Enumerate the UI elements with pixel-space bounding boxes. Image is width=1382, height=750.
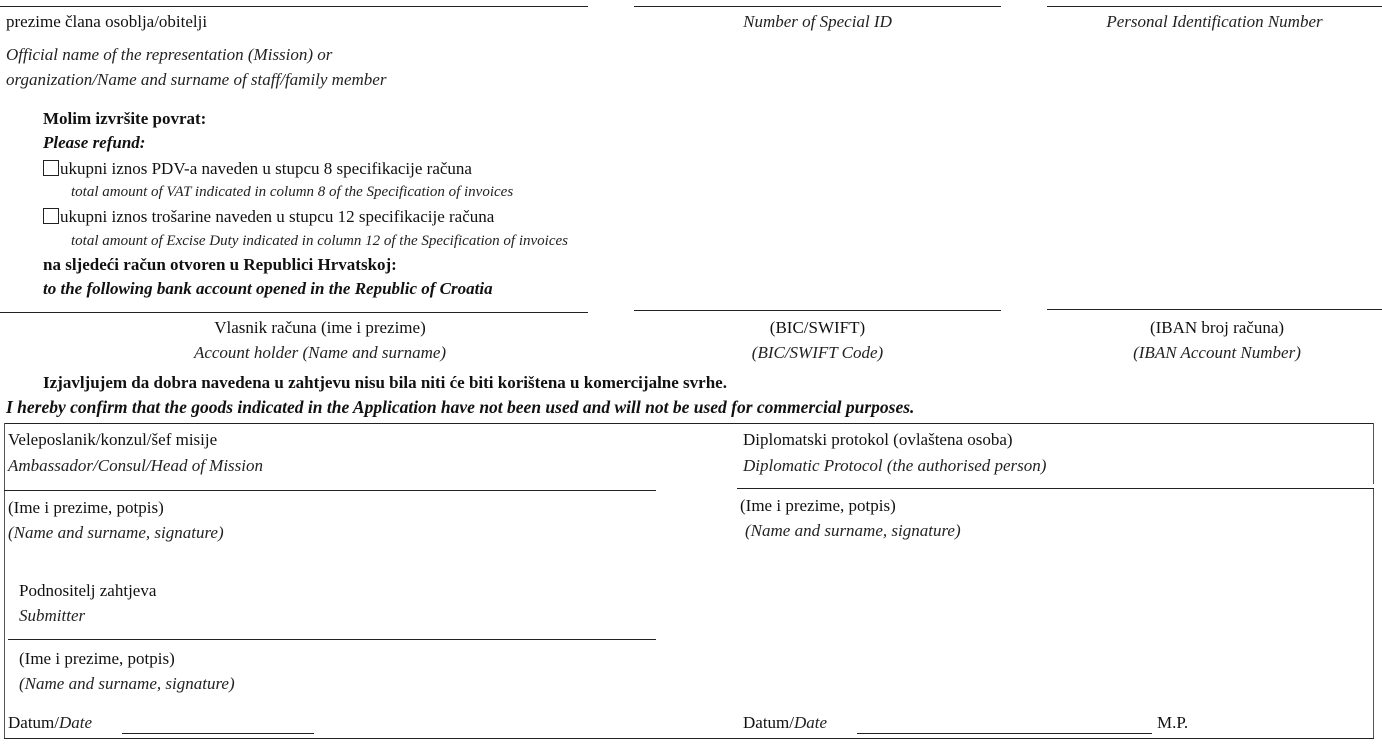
bic-input[interactable] (634, 290, 1001, 310)
right-date-label-en: Date (794, 713, 827, 732)
submitter-sig-label-hr: (Ime i prezime, potpis) (19, 649, 175, 669)
refund-title-en: Please refund: (43, 133, 145, 153)
special-id-label: Number of Special ID (634, 12, 1001, 32)
account-holder-label-en: Account holder (Name and surname) (0, 343, 640, 363)
bank-account-hr: na sljedeći račun otvoren u Republici Hr… (43, 255, 397, 275)
declaration-hr: Izjavljujem da dobra navedena u zahtjevu… (43, 373, 727, 393)
name-field-line (0, 6, 588, 7)
name-input[interactable] (0, 0, 588, 6)
refund-option-excise[interactable]: ukupni iznos trošarine naveden u stupcu … (43, 207, 494, 227)
right-box-right-border-lower (1373, 488, 1374, 738)
ambassador-role-hr: Veleposlanik/konzul/šef misije (8, 430, 217, 450)
signature-box-top-border (4, 423, 1374, 424)
pin-field-line (1047, 6, 1382, 7)
right-date-label-hr: Datum/ (743, 713, 794, 732)
bic-line (634, 310, 1001, 311)
protocol-signature-input[interactable] (737, 464, 1373, 488)
protocol-signature-line (737, 488, 1374, 489)
ambassador-sig-label-en: (Name and surname, signature) (8, 523, 224, 543)
submitter-signature-input[interactable] (8, 615, 656, 639)
ambassador-sig-label-hr: (Ime i prezime, potpis) (8, 498, 164, 518)
name-label-hr: prezime člana osoblja/obitelji (6, 12, 207, 32)
excise-option-label-hr: ukupni iznos trošarine naveden u stupcu … (60, 207, 494, 226)
iban-line (1047, 309, 1382, 310)
submitter-signature-line (8, 639, 656, 640)
excise-option-label-en: total amount of Excise Duty indicated in… (71, 233, 568, 250)
left-date-label: Datum/Date (8, 713, 92, 733)
right-date-label: Datum/Date (743, 713, 827, 733)
protocol-sig-label-hr: (Ime i prezime, potpis) (740, 496, 896, 516)
account-holder-line (0, 312, 588, 313)
refund-option-vat[interactable]: ukupni iznos PDV-a naveden u stupcu 8 sp… (43, 159, 472, 179)
name-label-en-line1: Official name of the representation (Mis… (6, 45, 332, 65)
left-box-left-border-lower (4, 490, 5, 738)
special-id-input[interactable] (634, 0, 1001, 6)
account-holder-input[interactable] (0, 292, 588, 312)
excise-checkbox[interactable] (43, 208, 59, 224)
left-date-line (122, 733, 314, 734)
name-label-en-line2: organization/Name and surname of staff/f… (6, 70, 386, 90)
signature-box-bottom-border (4, 738, 1374, 739)
right-box-right-border (1373, 423, 1374, 484)
protocol-sig-label-en: (Name and surname, signature) (745, 521, 961, 541)
left-date-label-en: Date (59, 713, 92, 732)
pin-input[interactable] (1047, 0, 1382, 6)
protocol-role-hr: Diplomatski protokol (ovlaštena osoba) (743, 430, 1013, 450)
bic-label-en: (BIC/SWIFT Code) (634, 343, 1001, 363)
refund-title-hr: Molim izvršite povrat: (43, 109, 206, 129)
declaration-en: I hereby confirm that the goods indicate… (6, 397, 914, 418)
ambassador-signature-input[interactable] (8, 466, 656, 490)
iban-label-en: (IBAN Account Number) (1047, 343, 1382, 363)
iban-label-hr: (IBAN broj računa) (1047, 318, 1382, 338)
special-id-field-line (634, 6, 1001, 7)
bic-label-hr: (BIC/SWIFT) (634, 318, 1001, 338)
left-date-label-hr: Datum/ (8, 713, 59, 732)
iban-input[interactable] (1047, 289, 1382, 309)
vat-option-label-hr: ukupni iznos PDV-a naveden u stupcu 8 sp… (60, 159, 472, 178)
right-date-input[interactable] (857, 712, 1152, 733)
vat-checkbox[interactable] (43, 160, 59, 176)
submitter-label-hr: Podnositelj zahtjeva (19, 581, 156, 601)
account-holder-label-hr: Vlasnik računa (ime i prezime) (0, 318, 640, 338)
ambassador-signature-line (4, 490, 656, 491)
right-date-line (857, 733, 1152, 734)
submitter-sig-label-en: (Name and surname, signature) (19, 674, 235, 694)
stamp-label: M.P. (1157, 713, 1188, 733)
left-box-left-border (4, 423, 5, 490)
pin-label: Personal Identification Number (1047, 12, 1382, 32)
left-date-input[interactable] (122, 712, 314, 733)
vat-option-label-en: total amount of VAT indicated in column … (71, 184, 513, 201)
